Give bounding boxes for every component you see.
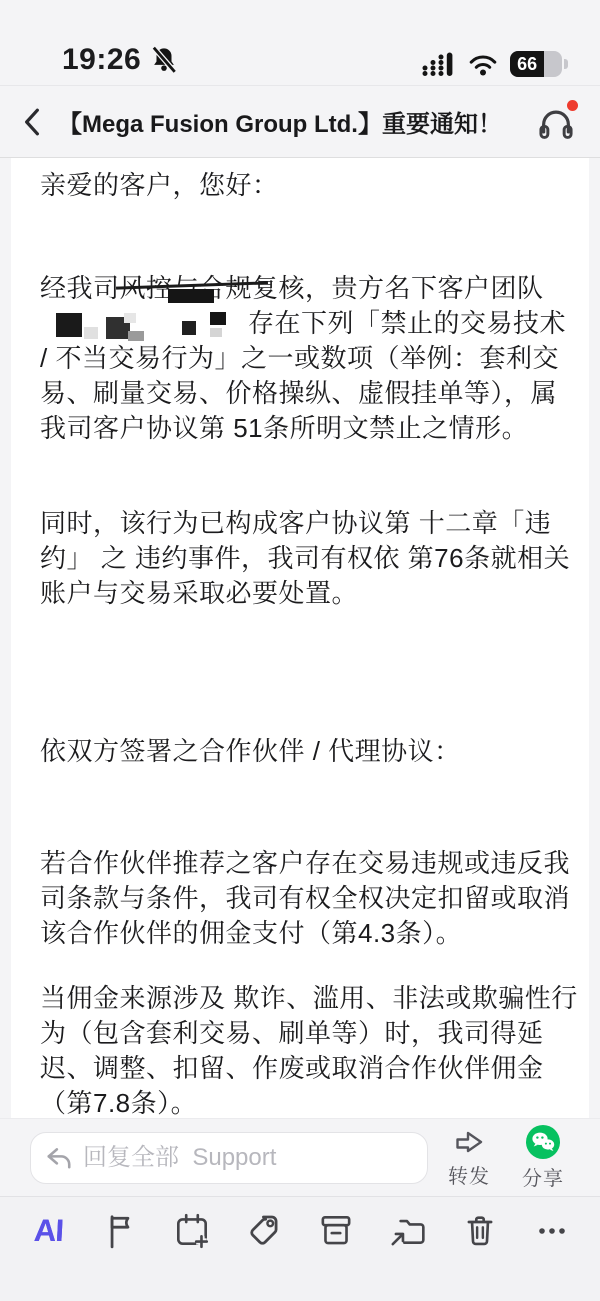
flag-button[interactable] — [98, 1207, 142, 1255]
paragraph-breach: 同时，该行为已构成客户协议第 十二章「违 约」 之 违约事件，我司有权依 第76… — [40, 506, 561, 611]
add-to-calendar-button[interactable] — [170, 1207, 214, 1255]
audio-read-button[interactable] — [532, 98, 580, 146]
mail-body: 亲爱的客户，您好： 经我司风控与合规复核，贵方名下客户团队 存在下列「禁止的交易… — [11, 158, 589, 1118]
mail-subject-title: 【Mega Fusion Group Ltd.】重要通知！ — [58, 104, 532, 139]
delete-button[interactable] — [458, 1207, 502, 1255]
back-button[interactable] — [18, 107, 46, 137]
ai-assistant-button[interactable]: AI — [26, 1207, 70, 1255]
bottom-toolbar: AI — [0, 1196, 600, 1301]
battery-indicator: 66 — [510, 51, 568, 77]
clock: 19:26 — [62, 43, 141, 77]
paragraph-commission-cancel: 当佣金来源涉及 欺诈、滥用、非法或欺骗性行 为（包含套利交易、刷单等）时，我司得… — [40, 981, 561, 1118]
folder-move-icon — [387, 1211, 429, 1251]
archive-button[interactable] — [314, 1207, 358, 1255]
forward-arrow-icon — [451, 1126, 487, 1158]
phone-screen: 19:26 — [0, 0, 600, 1301]
share-button[interactable]: 分享 — [510, 1124, 576, 1191]
more-button[interactable] — [530, 1207, 574, 1255]
flag-icon — [102, 1211, 138, 1251]
more-ellipsis-icon — [533, 1212, 571, 1250]
cellular-signal-icon — [420, 52, 456, 76]
reply-bar: 转发 分享 — [0, 1118, 600, 1196]
move-to-folder-button[interactable] — [386, 1207, 430, 1255]
reply-arrow-icon — [45, 1145, 73, 1171]
tag-button[interactable] — [242, 1207, 286, 1255]
archive-box-icon — [316, 1211, 356, 1251]
battery-percent: 66 — [510, 51, 544, 77]
forward-button[interactable]: 转发 — [436, 1126, 502, 1189]
tag-icon — [245, 1212, 283, 1250]
trash-icon — [462, 1211, 498, 1251]
paragraph-violation: 经我司风控与合规复核，贵方名下客户团队 存在下列「禁止的交易技术 / 不当交易行… — [40, 271, 561, 446]
redacted-client-name — [40, 307, 248, 341]
paragraph-commission-withhold: 若合作伙伴推荐之客户存在交易违规或违反我 司条款与条件，我司有权全权决定扣留或取… — [40, 846, 561, 951]
redaction-blob — [168, 289, 214, 303]
muted-bell-icon — [149, 45, 179, 75]
ai-logo-icon: AI — [33, 1213, 64, 1249]
nav-bar: 【Mega Fusion Group Ltd.】重要通知！ — [0, 85, 600, 158]
paragraph-agreement-header: 依双方签署之合作伙伴 / 代理协议： — [40, 734, 561, 769]
status-bar: 19:26 — [0, 0, 600, 85]
wifi-icon — [468, 53, 498, 76]
paragraph-greeting: 亲爱的客户，您好： — [40, 168, 561, 203]
wechat-share-icon — [525, 1124, 561, 1160]
calendar-plus-icon — [172, 1211, 212, 1251]
reply-all-field[interactable] — [30, 1132, 428, 1184]
notification-dot — [567, 100, 578, 111]
reply-input[interactable] — [83, 1144, 413, 1172]
